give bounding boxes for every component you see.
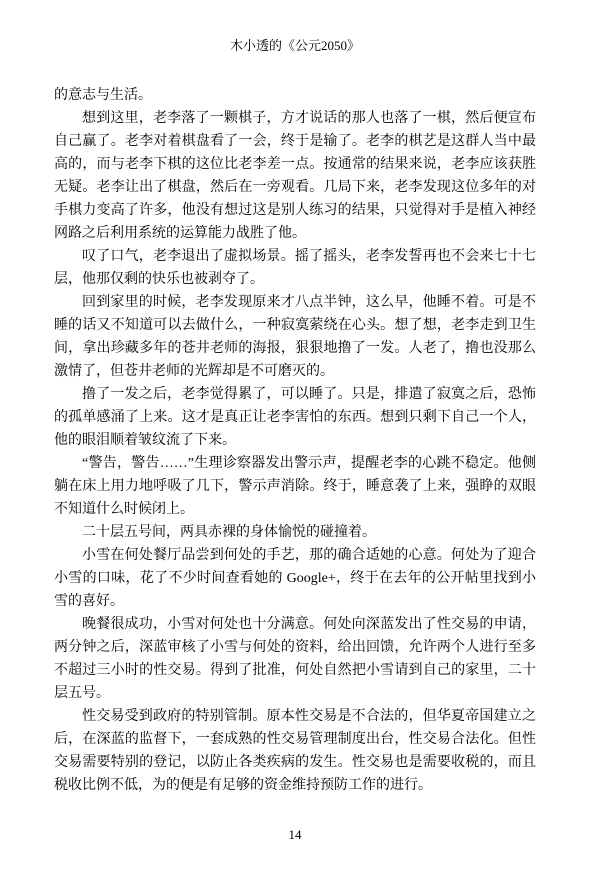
paragraph: “警告，警告……”生理诊察器发出警示声，提醒老李的心跳不稳定。他侧躺在床上用力地… — [54, 452, 536, 521]
body-text: 的意志与生活。想到这里，老李落了一颗棋子，方才说话的那人也落了一棋，然后便宣布自… — [54, 84, 536, 797]
paragraph: 回到家里的时候，老李发现原来才八点半钟，这么早，他睡不着。可是不睡的话又不知道可… — [54, 291, 536, 383]
paragraph: 二十层五号间，两具赤裸的身体愉悦的碰撞着。 — [54, 521, 536, 544]
paragraph: 撸了一发之后，老李觉得累了，可以睡了。只是，排遣了寂寞之后，恐怖的孤单感涌了上来… — [54, 383, 536, 452]
paragraph: 的意志与生活。 — [54, 84, 536, 107]
ebook-page: 木小透的《公元2050》 的意志与生活。想到这里，老李落了一颗棋子，方才说话的那… — [0, 0, 590, 886]
paragraph: 晚餐很成功，小雪对何处也十分满意。何处向深蓝发出了性交易的申请，两分钟之后，深蓝… — [54, 613, 536, 705]
paragraph: 小雪在何处餐厅品尝到何处的手艺，那的确合适她的心意。何处为了迎合小雪的口味，花了… — [54, 544, 536, 613]
paragraph: 想到这里，老李落了一颗棋子，方才说话的那人也落了一棋，然后便宣布自己赢了。老李对… — [54, 107, 536, 245]
page-number: 14 — [0, 827, 590, 842]
running-header: 木小透的《公元2050》 — [0, 38, 590, 53]
paragraph: 性交易受到政府的特别管制。原本性交易是不合法的，但华夏帝国建立之后，在深蓝的监督… — [54, 705, 536, 797]
paragraph: 叹了口气，老李退出了虚拟场景。摇了摇头，老李发誓再也不会来七十七层，他那仅剩的快… — [54, 245, 536, 291]
